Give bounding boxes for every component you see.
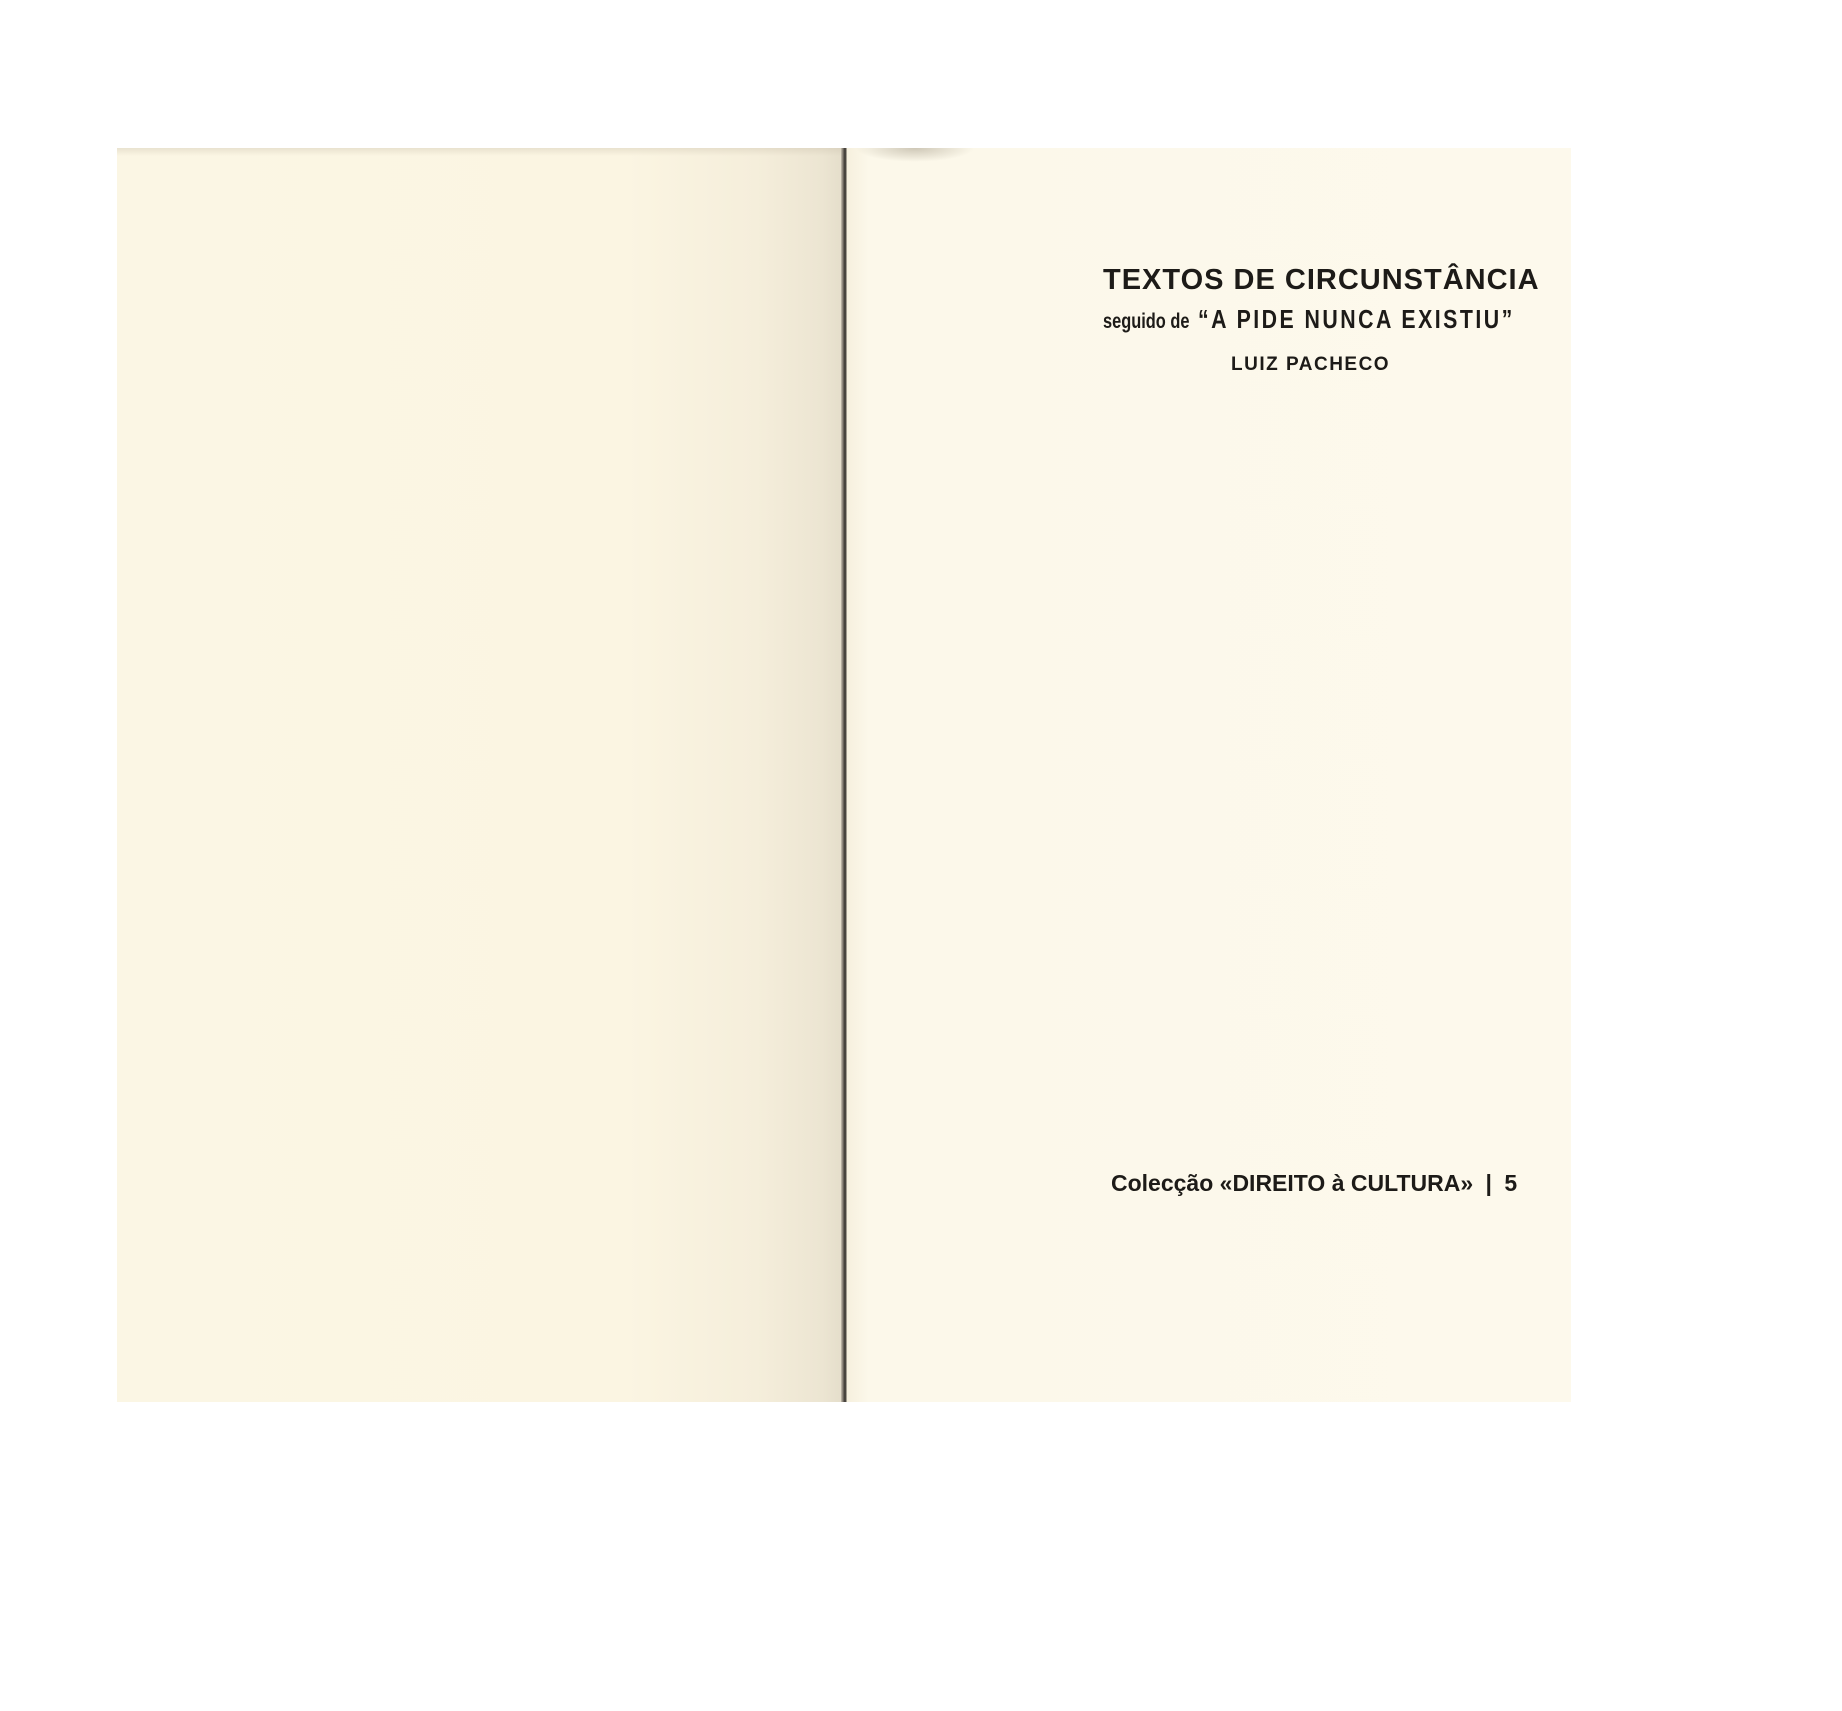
right-page-title: TEXTOS DE CIRCUNSTÂNCIA seguido de“A PID… xyxy=(847,148,1571,1402)
page-edge-shadow xyxy=(117,148,844,156)
paper-smudge xyxy=(855,148,975,162)
collection-line: Colecção «DIREITO à CULTURA» | 5 xyxy=(1111,1170,1517,1197)
collection-separator: | xyxy=(1486,1170,1492,1196)
book-title: TEXTOS DE CIRCUNSTÂNCIA xyxy=(1103,264,1563,297)
book-author: LUIZ PACHECO xyxy=(1231,354,1390,376)
collection-number: 5 xyxy=(1504,1170,1517,1196)
collection-prefix: Colecção xyxy=(1111,1170,1213,1196)
collection-name: «DIREITO à CULTURA» xyxy=(1220,1170,1473,1196)
book-subtitle: seguido de“A PIDE NUNCA EXISTIU” xyxy=(1103,304,1584,335)
book-spread: TEXTOS DE CIRCUNSTÂNCIA seguido de“A PID… xyxy=(117,148,1571,1402)
left-page-blank xyxy=(117,148,844,1402)
subtitle-lead: seguido de xyxy=(1103,310,1177,334)
subtitle-quote: “A PIDE NUNCA EXISTIU” xyxy=(1198,304,1515,335)
